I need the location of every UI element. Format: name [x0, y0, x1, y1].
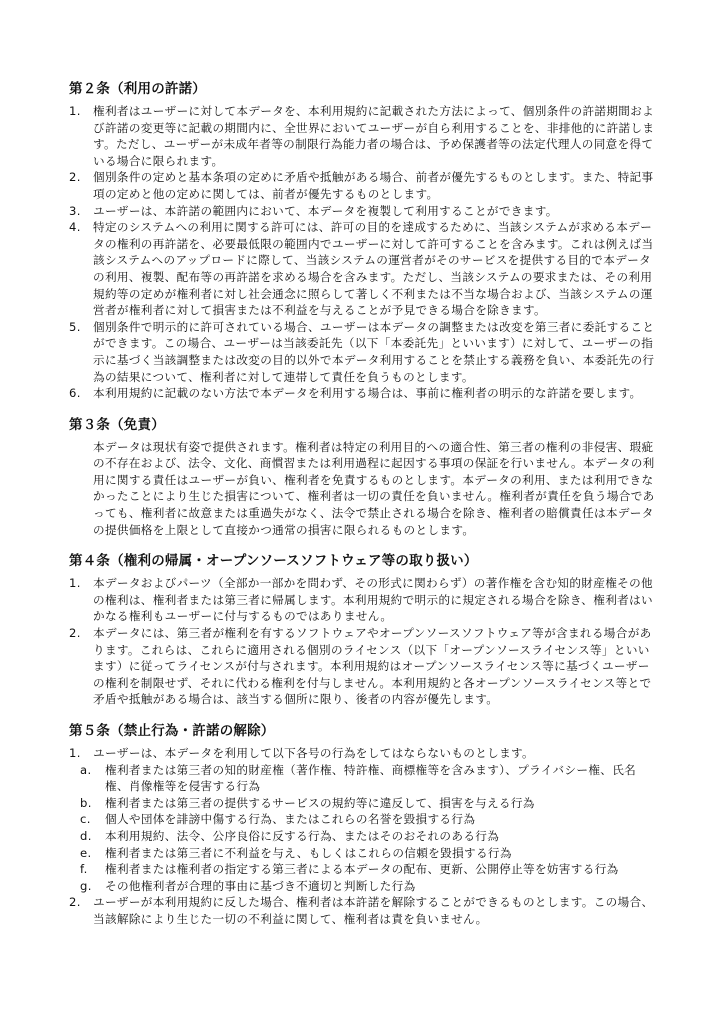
list-item: 2.本データには、第三者が権利を有するソフトウェアやオープンソースソフトウェア等…	[69, 625, 659, 708]
sub-item-text: その他権利者が合理的事由に基づき不適切と判断した行為	[105, 879, 416, 893]
item-text: 権利者はユーザーに対して本データを、本利用規約に記載された方法によって、個別条件…	[93, 104, 654, 168]
article-4: 第４条（権利の帰属・オープンソースソフトウェア等の取り扱い） 1.本データおよび…	[69, 552, 659, 708]
list-item: 2.ユーザーが本利用規約に反した場合、権利者は本許諾を解除することができるものと…	[69, 894, 659, 927]
sub-item-text: 権利者または第三者に不利益を与え、もしくはこれらの信頼を毀損する行為	[105, 846, 512, 860]
article-2: 第２条（利用の許諾） 1.権利者はユーザーに対して本データを、本利用規約に記載さ…	[69, 80, 659, 402]
article-heading: 第３条（免責）	[69, 416, 659, 434]
sub-item-letter: e.	[80, 845, 92, 862]
article-list: 1.本データおよびパーツ（全部か一部かを問わず、その形式に関わらず）の著作権を含…	[69, 575, 659, 708]
sub-item-letter: a.	[80, 762, 92, 779]
sub-item-text: 権利者または第三者の提供するサービスの規約等に違反して、損害を与える行為	[105, 796, 535, 810]
list-item: 6.本利用規約に記載のない方法で本データを利用する場合は、事前に権利者の明示的な…	[69, 385, 659, 402]
article-heading: 第４条（権利の帰属・オープンソースソフトウェア等の取り扱い）	[69, 552, 659, 570]
article-heading: 第２条（利用の許諾）	[69, 80, 659, 98]
item-number: 3.	[69, 203, 91, 220]
sub-item-letter: g.	[80, 878, 92, 895]
list-item: 5.個別条件で明示的に許可されている場合、ユーザーは本データの調整または改変を第…	[69, 319, 659, 385]
item-text: ユーザーが本利用規約に反した場合、権利者は本許諾を解除することができるものとしま…	[93, 895, 653, 926]
sub-item-letter: b.	[80, 795, 92, 812]
item-text: 本データには、第三者が権利を有するソフトウェアやオープンソースソフトウェア等が含…	[93, 626, 652, 706]
list-item: 1.ユーザーは、本データを利用して以下各号の行為をしてはならないものとします。	[69, 745, 659, 762]
item-number: 2.	[69, 625, 91, 642]
item-number: 1.	[69, 745, 91, 762]
item-text: 個別条件で明示的に許可されている場合、ユーザーは本データの調整または改変を第三者…	[93, 320, 654, 384]
sub-item-text: 権利者または第三者の知的財産権（著作権、特許権、商標権等を含みます）、プライバシ…	[105, 763, 636, 794]
item-number: 1.	[69, 103, 91, 120]
sub-item-text: 本利用規約、法令、公序良俗に反する行為、またはそのおそれのある行為	[105, 829, 499, 843]
item-number: 6.	[69, 385, 91, 402]
item-text: ユーザーは、本データを利用して以下各号の行為をしてはならないものとします。	[93, 746, 534, 760]
list-item: 1.権利者はユーザーに対して本データを、本利用規約に記載された方法によって、個別…	[69, 103, 659, 169]
item-text: ユーザーは、本許諾の範囲内において、本データを複製して利用することができます。	[93, 204, 558, 218]
sub-item-letter: f.	[80, 861, 88, 878]
article-list-continued: 2.ユーザーが本利用規約に反した場合、権利者は本許諾を解除することができるものと…	[69, 894, 659, 927]
item-text: 個別条件の定めと基本条項の定めに矛盾や抵触がある場合、前者が優先するものとします…	[93, 170, 653, 201]
article-heading: 第５条（禁止行為・許諾の解除）	[69, 722, 659, 740]
item-number: 4.	[69, 219, 91, 236]
item-number: 2.	[69, 894, 91, 911]
sub-item-letter: c.	[80, 811, 91, 828]
article-list: 1.ユーザーは、本データを利用して以下各号の行為をしてはならないものとします。	[69, 745, 659, 762]
prohibited-acts-list: a.権利者または第三者の知的財産権（著作権、特許権、商標権等を含みます）、プライ…	[69, 762, 659, 895]
item-number: 5.	[69, 319, 91, 336]
sub-list-item: b.権利者または第三者の提供するサービスの規約等に違反して、損害を与える行為	[69, 795, 659, 812]
article-paragraph: 本データは現状有姿で提供されます。権利者は特定の利用目的への適合性、第三者の権利…	[69, 439, 659, 539]
sub-list-item: g.その他権利者が合理的事由に基づき不適切と判断した行為	[69, 878, 659, 895]
list-item: 3.ユーザーは、本許諾の範囲内において、本データを複製して利用することができます…	[69, 203, 659, 220]
sub-item-text: 個人や団体を誹謗中傷する行為、またはこれらの名誉を毀損する行為	[105, 812, 475, 826]
sub-list-item: c.個人や団体を誹謗中傷する行為、またはこれらの名誉を毀損する行為	[69, 811, 659, 828]
item-number: 2.	[69, 169, 91, 186]
list-item: 2.個別条件の定めと基本条項の定めに矛盾や抵触がある場合、前者が優先するものとし…	[69, 169, 659, 202]
article-list: 1.権利者はユーザーに対して本データを、本利用規約に記載された方法によって、個別…	[69, 103, 659, 402]
item-text: 本データおよびパーツ（全部か一部かを問わず、その形式に関わらず）の著作権を含む知…	[93, 576, 653, 623]
article-3: 第３条（免責） 本データは現状有姿で提供されます。権利者は特定の利用目的への適合…	[69, 416, 659, 539]
sub-list-item: f.権利者または権利者の指定する第三者による本データの配布、更新、公開停止等を妨…	[69, 861, 659, 878]
item-text: 特定のシステムへの利用に関する許可には、許可の目的を達成するために、当該システム…	[93, 220, 653, 317]
list-item: 4.特定のシステムへの利用に関する許可には、許可の目的を達成するために、当該シス…	[69, 219, 659, 319]
sub-list-item: e.権利者または第三者に不利益を与え、もしくはこれらの信頼を毀損する行為	[69, 845, 659, 862]
article-5: 第５条（禁止行為・許諾の解除） 1.ユーザーは、本データを利用して以下各号の行為…	[69, 722, 659, 928]
item-number: 1.	[69, 575, 91, 592]
sub-item-letter: d.	[80, 828, 92, 845]
sub-list-item: a.権利者または第三者の知的財産権（著作権、特許権、商標権等を含みます）、プライ…	[69, 762, 659, 795]
item-text: 本利用規約に記載のない方法で本データを利用する場合は、事前に権利者の明示的な許諾…	[93, 386, 642, 400]
list-item: 1.本データおよびパーツ（全部か一部かを問わず、その形式に関わらず）の著作権を含…	[69, 575, 659, 625]
terms-document: 第２条（利用の許諾） 1.権利者はユーザーに対して本データを、本利用規約に記載さ…	[69, 80, 659, 928]
sub-list-item: d.本利用規約、法令、公序良俗に反する行為、またはそのおそれのある行為	[69, 828, 659, 845]
sub-item-text: 権利者または権利者の指定する第三者による本データの配布、更新、公開停止等を妨害す…	[105, 862, 619, 876]
